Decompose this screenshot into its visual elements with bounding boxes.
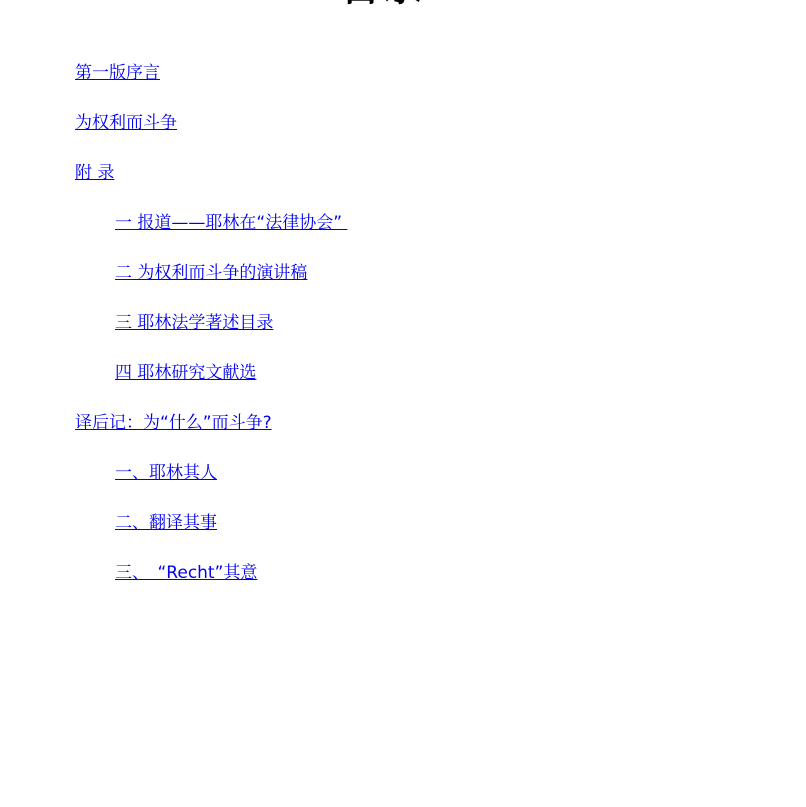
toc-page: 目录 第一版序言 为权利而斗争 附 录 一 报道——耶林在“法律协会” 二 为权…: [0, 0, 806, 807]
toc-link-appendix-item-2[interactable]: 二 为权利而斗争的演讲稿: [115, 263, 307, 283]
toc-link-translators-postscript[interactable]: 译后记：为“什么”而斗争?: [75, 413, 272, 433]
toc-link-appendix[interactable]: 附 录: [75, 163, 114, 183]
table-of-contents: 第一版序言 为权利而斗争 附 录 一 报道——耶林在“法律协会” 二 为权利而斗…: [75, 63, 806, 583]
toc-link-appendix-item-1[interactable]: 一 报道——耶林在“法律协会”: [115, 213, 347, 233]
toc-link-first-edition-preface[interactable]: 第一版序言: [75, 63, 160, 83]
page-title: 目录: [0, 0, 765, 7]
toc-link-postscript-item-2[interactable]: 二、翻译其事: [115, 513, 217, 533]
toc-link-struggle-for-rights[interactable]: 为权利而斗争: [75, 113, 177, 133]
toc-link-postscript-item-3[interactable]: 三、 “Recht”其意: [115, 563, 257, 583]
toc-link-appendix-item-3[interactable]: 三 耶林法学著述目录: [115, 313, 273, 333]
toc-link-appendix-item-4[interactable]: 四 耶林研究文献选: [115, 363, 256, 383]
toc-link-postscript-item-1[interactable]: 一、耶林其人: [115, 463, 217, 483]
